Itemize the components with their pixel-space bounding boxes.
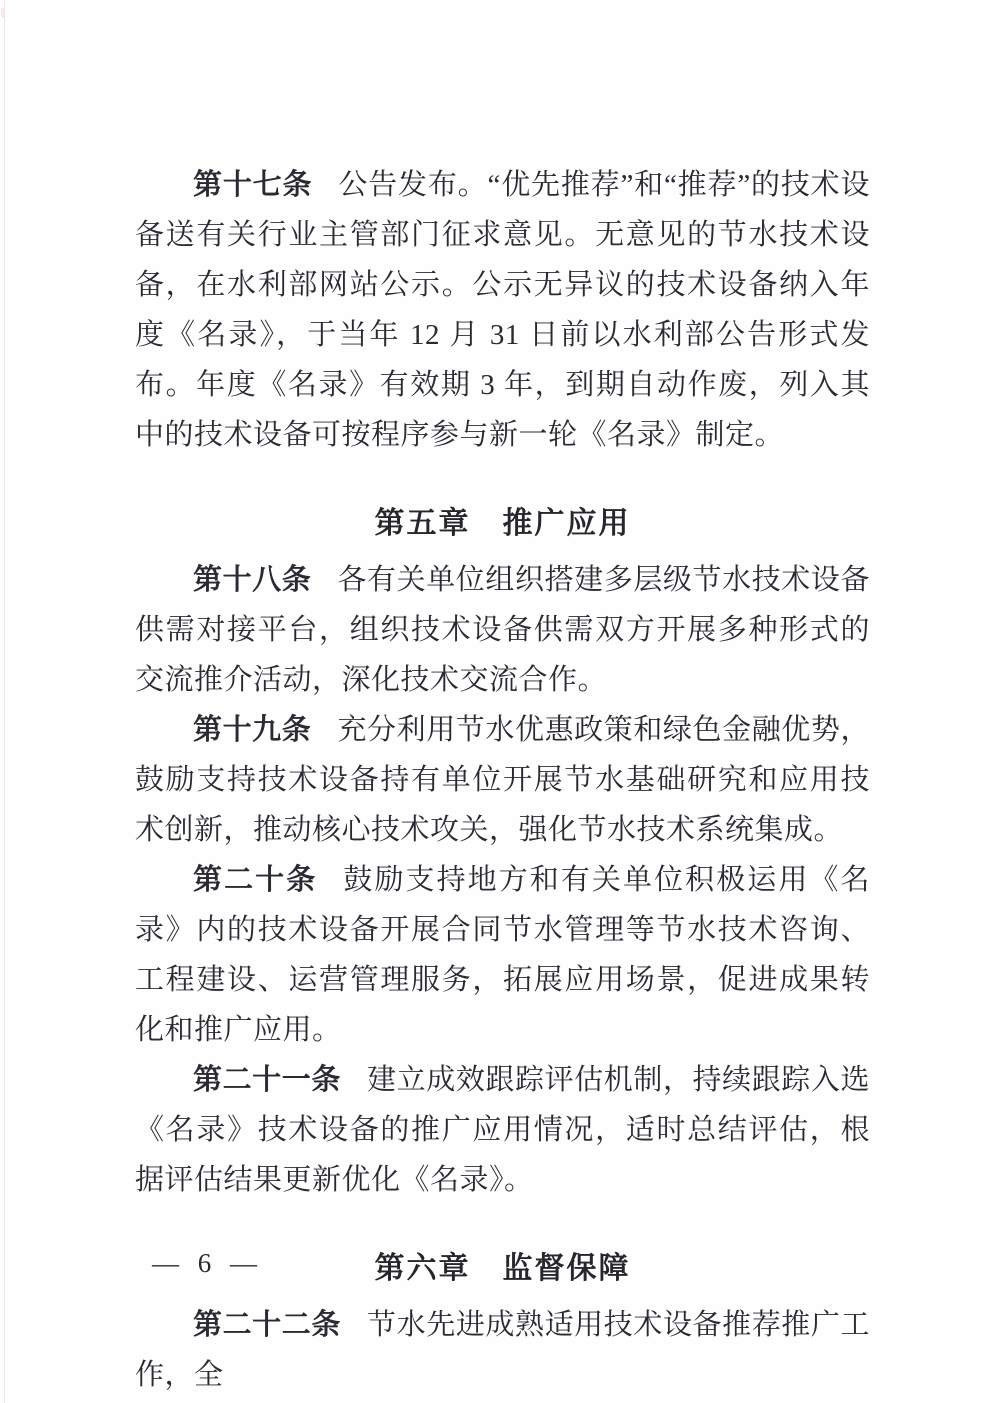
article-number: 第二十二条 (193, 1309, 341, 1341)
article-number: 第十九条 (193, 714, 311, 746)
article-paragraph-18: 第十八条各有关单位组织搭建多层级节水技术设备供需对接平台，组织技术设备供需双方开… (135, 555, 870, 705)
chapter-heading-5: 第五章 推广应用 (135, 499, 870, 549)
scan-smudge-artifact (1, 8, 5, 18)
article-number: 第二十一条 (193, 1064, 341, 1096)
document-page: 第十七条公告发布。“优先推荐”和“推荐”的技术设备送有关行业主管部门征求意见。无… (0, 0, 992, 1403)
article-paragraph-19: 第十九条充分利用节水优惠政策和绿色金融优势，鼓励支持技术设备持有单位开展节水基础… (135, 705, 870, 855)
article-paragraph-21: 第二十一条建立成效跟踪评估机制，持续跟踪入选《名录》技术设备的推广应用情况，适时… (135, 1055, 870, 1205)
document-content: 第十七条公告发布。“优先推荐”和“推荐”的技术设备送有关行业主管部门征求意见。无… (135, 0, 870, 1400)
article-paragraph-20: 第二十条鼓励支持地方和有关单位积极运用《名录》内的技术设备开展合同节水管理等节水… (135, 855, 870, 1055)
article-paragraph-17: 第十七条公告发布。“优先推荐”和“推荐”的技术设备送有关行业主管部门征求意见。无… (135, 160, 870, 460)
article-number: 第二十条 (193, 864, 317, 896)
page-number: — 6 — (152, 1248, 259, 1278)
scan-edge-artifact (4, 0, 5, 1403)
article-paragraph-22: 第二十二条节水先进成熟适用技术设备推荐推广工作，全 (135, 1300, 870, 1400)
article-number: 第十七条 (193, 169, 312, 201)
article-number: 第十八条 (193, 564, 311, 596)
article-text: 公告发布。“优先推荐”和“推荐”的技术设备送有关行业主管部门征求意见。无意见的节… (135, 169, 870, 451)
